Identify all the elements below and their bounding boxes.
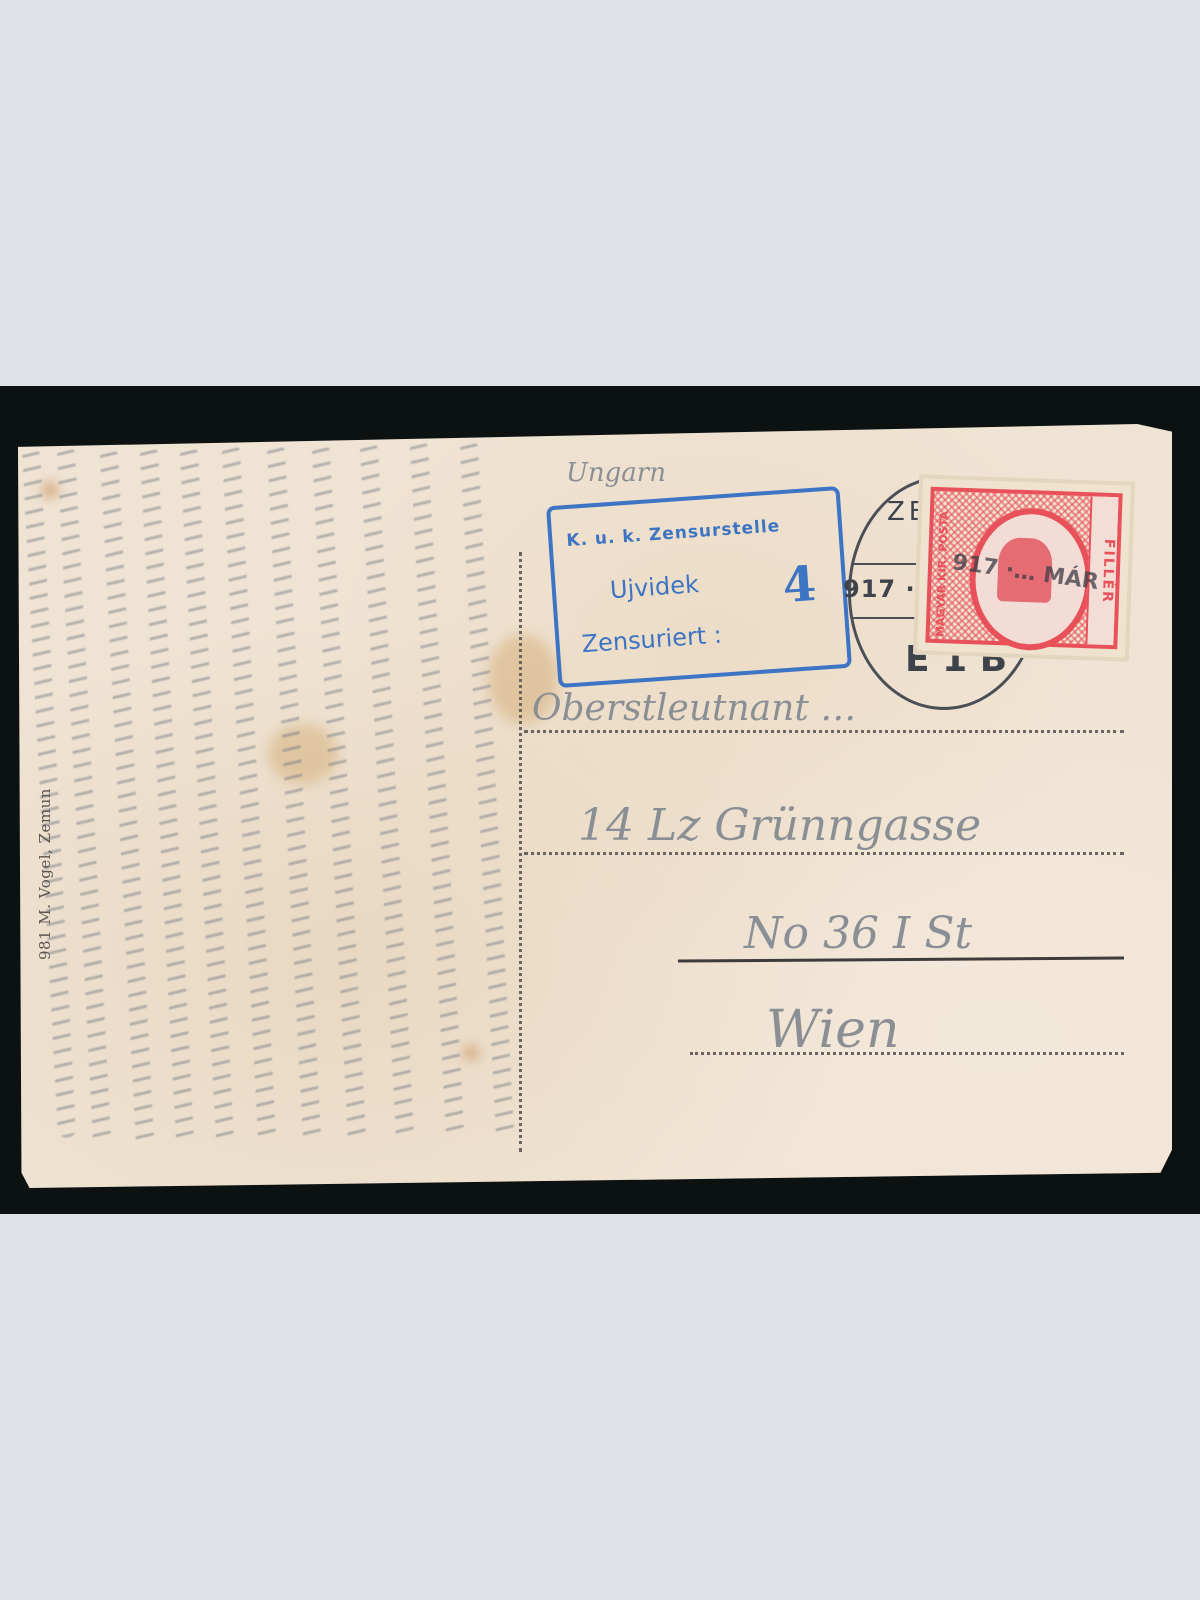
- publisher-imprint: 981 M. Vogel, Zemun: [36, 788, 54, 960]
- stamp-frame: MAGYAR KIR. POSTA FILLÉR 917 ·… MÁR: [925, 487, 1122, 650]
- address-line-3: No 36 I St: [744, 908, 972, 959]
- stain: [42, 482, 58, 498]
- censor-line-3: Zensuriert :: [581, 621, 723, 659]
- address-line-2: 14 Lz Grünngasse: [578, 800, 981, 851]
- address-line-1: Oberstleutnant …: [532, 688, 856, 729]
- address-line: [690, 1052, 1124, 1055]
- pencil-note-ungarn: Ungarn: [566, 458, 666, 488]
- divider-line: [519, 552, 522, 1152]
- postage-stamp: MAGYAR KIR. POSTA FILLÉR 917 ·… MÁR: [917, 478, 1131, 657]
- censor-line-1: K. u. k. Zensurstelle: [566, 516, 781, 551]
- stamp-left-text: MAGYAR KIR. POSTA: [934, 511, 951, 637]
- censor-line-2: Ujvidek: [609, 570, 700, 604]
- address-line: [524, 730, 1124, 733]
- stain: [464, 1046, 478, 1060]
- censor-cachet: K. u. k. Zensurstelle Ujvidek Zensuriert…: [546, 486, 852, 688]
- address-line: [524, 852, 1124, 855]
- censor-number: 4: [781, 556, 818, 614]
- address-line-4: Wien: [766, 1000, 899, 1060]
